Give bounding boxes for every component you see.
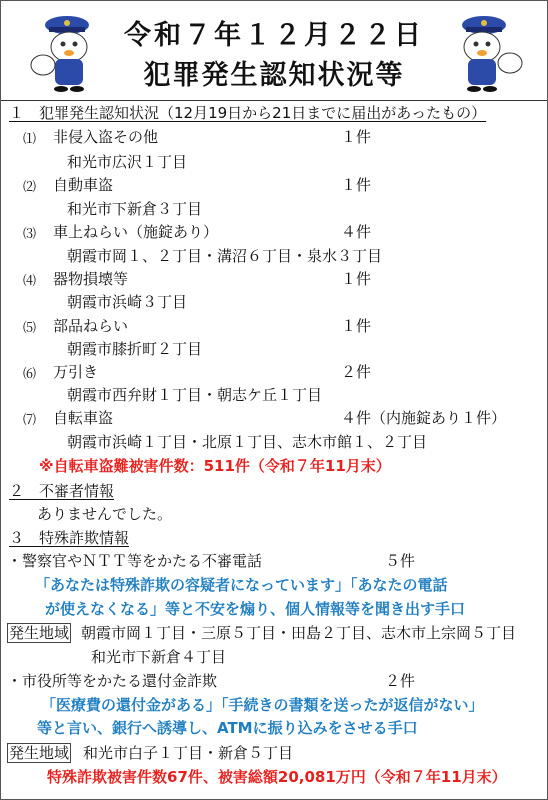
section2-heading: ２ 不審者情報 — [9, 480, 114, 501]
fraud-case-description: 「あなたは特殊詐欺の容疑者になっています」「あなたの電話 — [35, 574, 448, 595]
item-number: ⑷ — [23, 270, 36, 289]
document-page: 令和７年１２月２２日 犯罪発生認知状況等 １ 犯罪発生認知状況（12月19日から… — [0, 0, 548, 800]
crime-type: 万引き — [53, 361, 98, 382]
fraud-case-description: が使えなくなる」等と不安を煽り、個人情報等を聞き出す手口 — [45, 598, 465, 619]
crime-type: 車上ねらい（施錠あり） — [53, 221, 218, 242]
occurrence-area: 和光市白子１丁目・新倉５丁目 — [83, 742, 293, 763]
crime-location: 朝霞市膝折町２丁目 — [67, 338, 202, 359]
crime-count: １件 — [341, 174, 371, 195]
police-mascot-icon — [448, 9, 528, 95]
crime-location: 朝霞市浜崎３丁目 — [67, 291, 187, 312]
crime-count: １件 — [341, 315, 371, 336]
item-number: ⑵ — [23, 176, 36, 195]
occurrence-area: 和光市下新倉４丁目 — [91, 646, 226, 667]
occurrence-area: 朝霞市岡１丁目・三原５丁目・田島２丁目、志木市上宗岡５丁目 — [81, 622, 516, 643]
header: 令和７年１２月２２日 犯罪発生認知状況等 — [1, 1, 547, 101]
section3-heading: ３ 特殊詐欺情報 — [9, 527, 129, 548]
fraud-case-title: ・市役所等をかたる還付金詐欺 — [7, 670, 217, 691]
item-number: ⑹ — [23, 363, 36, 382]
fraud-case-description: 「医療費の還付金がある」「手続きの書類を送ったが返信がない」 — [41, 694, 484, 715]
crime-type: 自転車盗 — [53, 407, 113, 428]
crime-location: 朝霞市西弁財１丁目・朝志ケ丘１丁目 — [67, 384, 322, 405]
crime-count: １件 — [341, 268, 371, 289]
crime-type: 非侵入盗その他 — [53, 126, 158, 147]
crime-type: 器物損壊等 — [53, 268, 128, 289]
occurrence-area-label: 発生地域 — [7, 742, 71, 763]
item-number: ⑺ — [23, 409, 36, 428]
fraud-case-description: 等と言い、銀行へ誘導し、ATMに振り込みをさせる手口 — [37, 717, 418, 738]
item-number: ⑴ — [23, 128, 36, 147]
item-number: ⑶ — [23, 223, 36, 242]
fraud-case-count: ２件 — [385, 670, 415, 691]
bicycle-theft-note: ※自転車盗難被害件数：511件（令和７年11月末） — [39, 455, 391, 476]
item-number: ⑸ — [23, 317, 36, 336]
crime-location: 朝霞市岡１、２丁目・溝沼６丁目・泉水３丁目 — [67, 245, 382, 266]
fraud-case-title: ・警察官やＮＴＴ等をかたる不審電話 — [7, 550, 262, 571]
crime-type: 自動車盗 — [53, 174, 113, 195]
suspicious-person-body: ありませんでした。 — [37, 503, 172, 524]
fraud-damage-note: 特殊詐欺被害件数67件、被害総額20,081万円（令和７年11月末） — [47, 766, 507, 787]
fraud-case-count: ５件 — [385, 550, 415, 571]
crime-count: ２件 — [341, 361, 371, 382]
section1-heading: １ 犯罪発生認知状況（12月19日から21日までに届出があったもの） — [9, 102, 486, 123]
crime-count: ４件 — [341, 221, 371, 242]
crime-location: 朝霞市浜崎１丁目・北原１丁目、志木市館１、２丁目 — [67, 431, 427, 452]
occurrence-area-label: 発生地域 — [7, 622, 71, 643]
crime-location: 和光市下新倉３丁目 — [67, 198, 202, 219]
crime-type: 部品ねらい — [53, 315, 128, 336]
crime-count: ４件（内施錠あり１件） — [341, 407, 506, 428]
crime-location: 和光市広沢１丁目 — [67, 151, 187, 172]
crime-count: １件 — [341, 126, 371, 147]
